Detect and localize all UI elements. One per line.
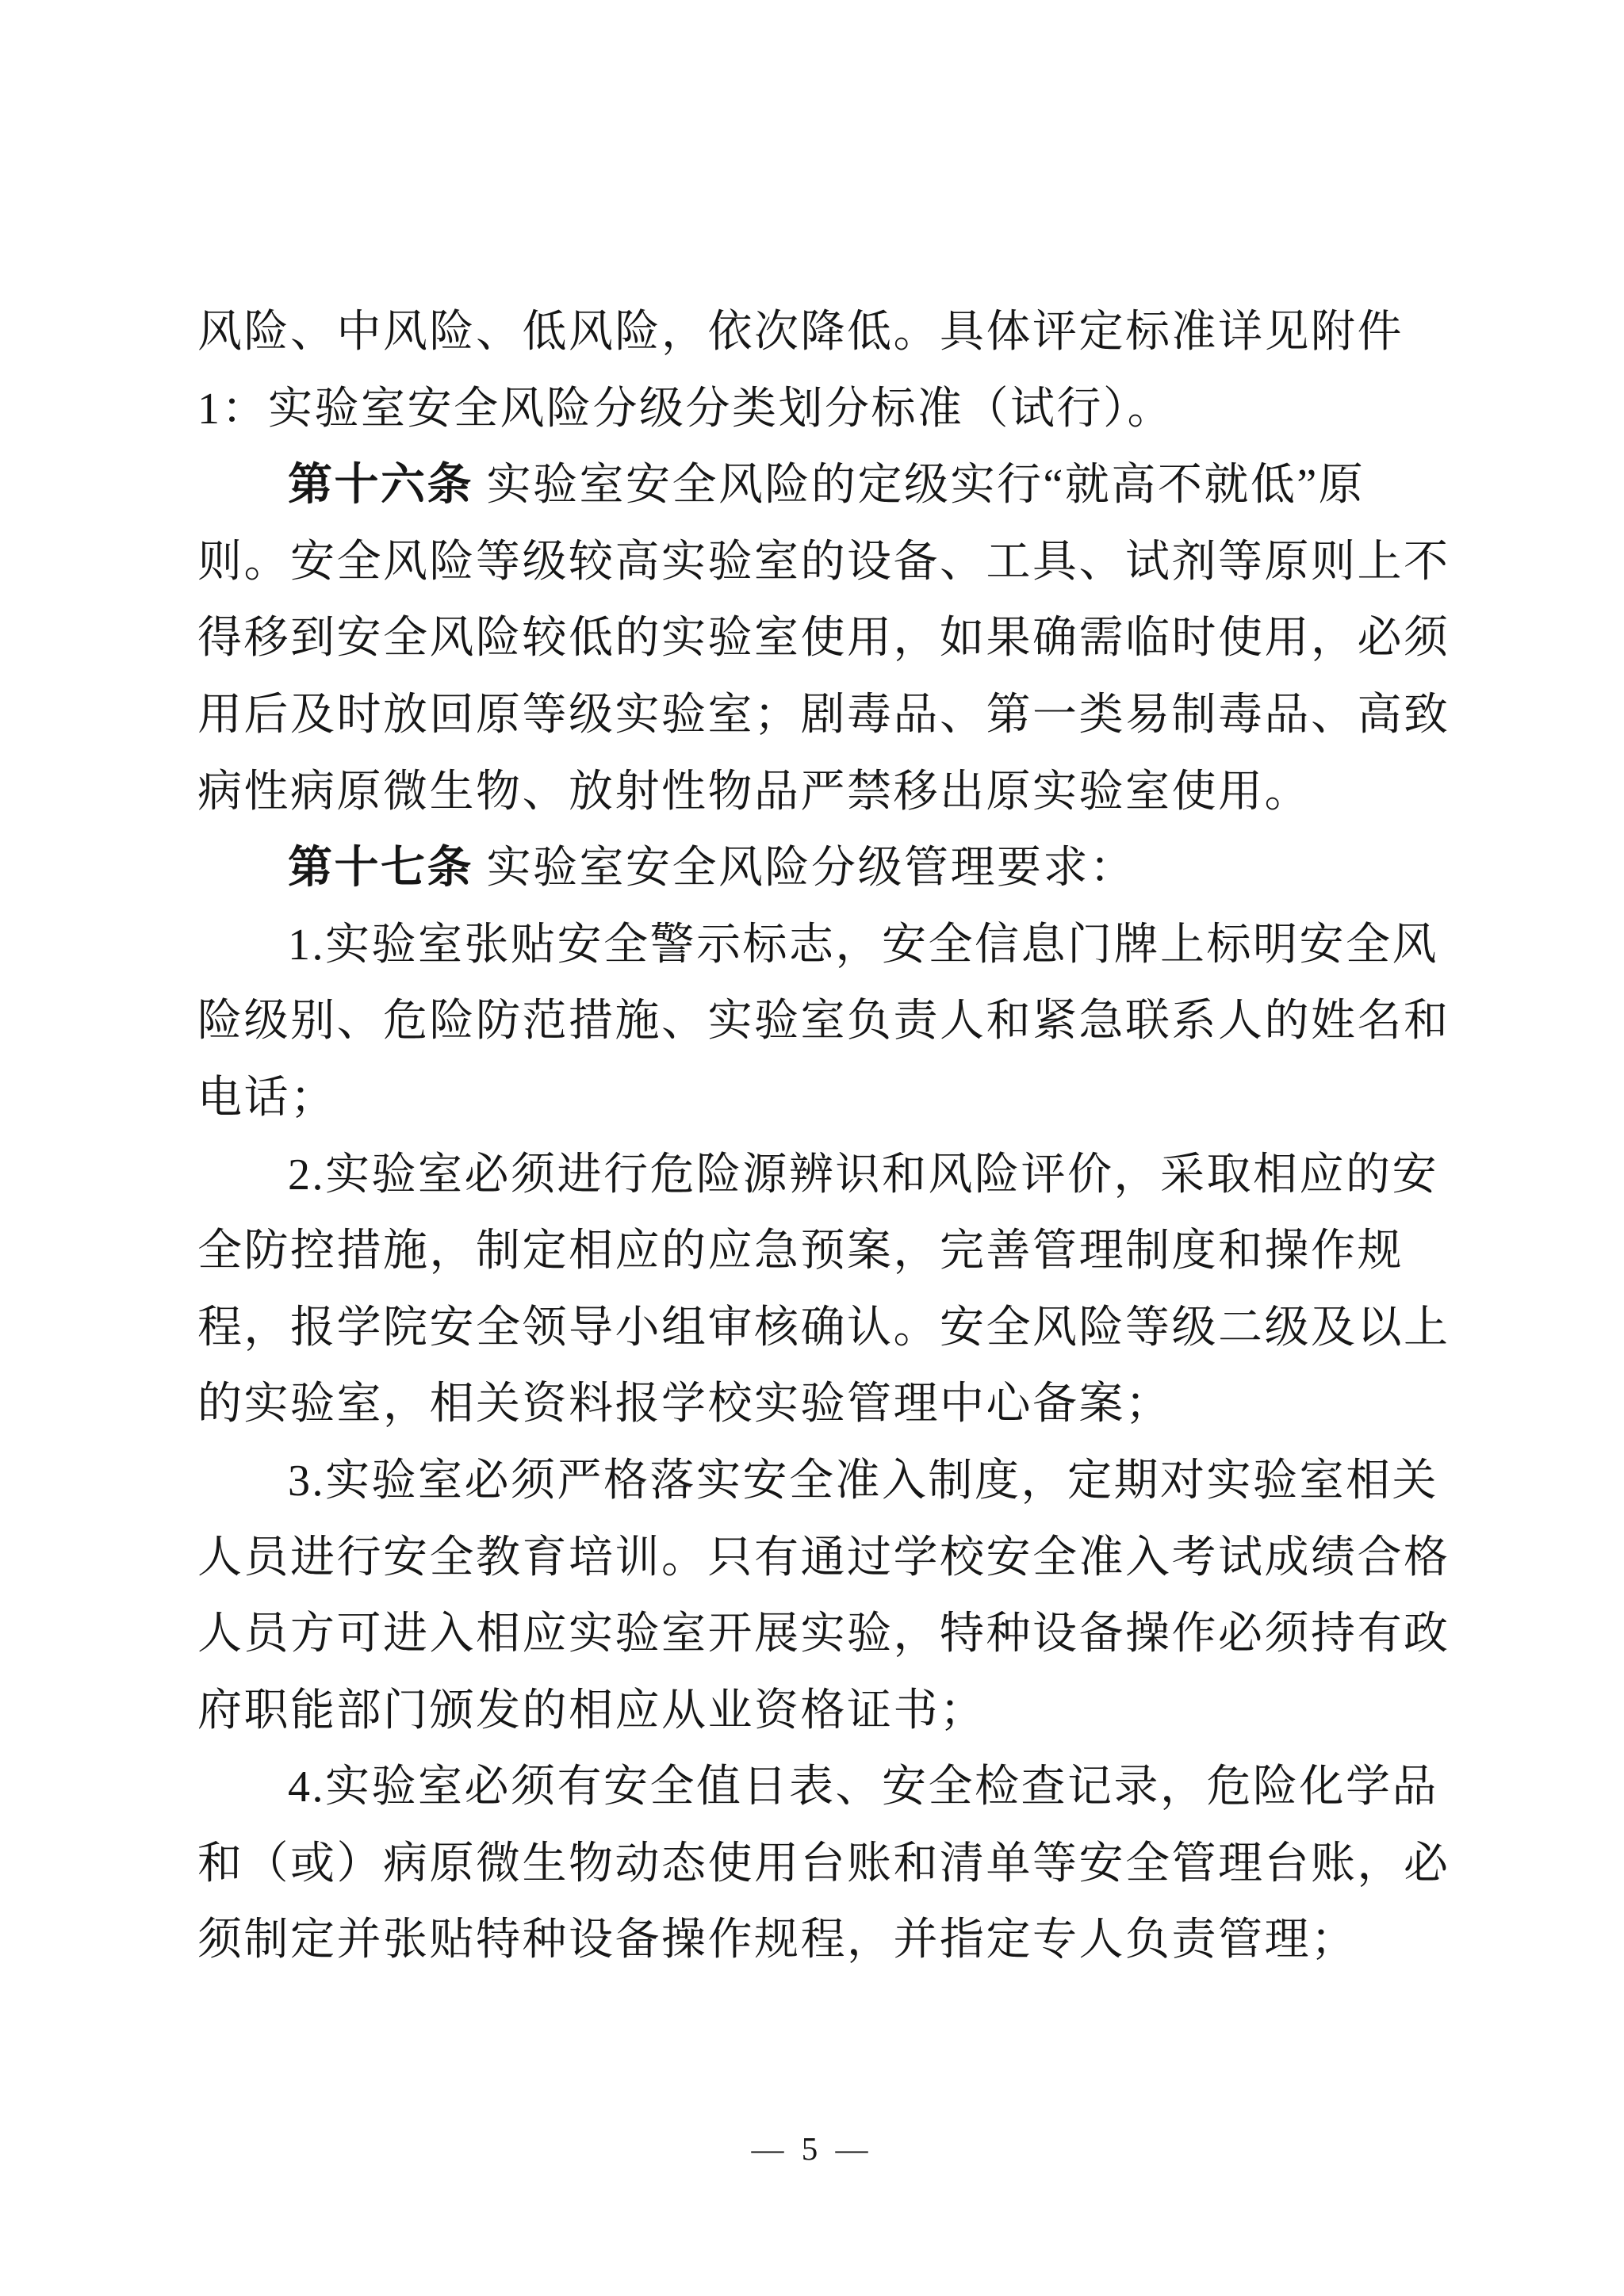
text-line: 第十六条 实验室安全风险的定级实行“就高不就低”原: [197, 447, 1403, 524]
text-run: 须制定并张贴特种设备操作规程，并指定专人负责管理；: [197, 1915, 1358, 1965]
page-number: — 5 —: [0, 2130, 1624, 2168]
text-run: 风险、中风险、低风险，依次降低。具体评定标准详见附件: [197, 308, 1404, 357]
text-run: 3.实验室必须严格落实安全准入制度，定期对实验室相关: [288, 1456, 1438, 1506]
article-number-bold: 第十六条: [288, 461, 473, 510]
text-line: 风险、中风险、低风险，依次降低。具体评定标准详见附件: [197, 294, 1403, 371]
text-run: 4.实验室必须有安全值日表、安全检查记录，危险化学品: [288, 1762, 1438, 1812]
text-line: 人员进行安全教育培训。只有通过学校安全准入考试成绩合格: [197, 1520, 1403, 1597]
text-run: 人员进行安全教育培训。只有通过学校安全准入考试成绩合格: [197, 1533, 1450, 1582]
text-run: 人员方可进入相应实验室开展实验，特种设备操作必须持有政: [197, 1609, 1450, 1659]
text-line: 则。安全风险等级较高实验室的设备、工具、试剂等原则上不: [197, 524, 1403, 601]
text-run: 的实验室，相关资料报学校实验管理中心备案；: [197, 1380, 1172, 1429]
text-line: 得移到安全风险较低的实验室使用，如果确需临时使用，必须: [197, 600, 1403, 677]
text-run: 病性病原微生物、放射性物品严禁移出原实验室使用。: [197, 767, 1311, 817]
text-run: 程，报学院安全领导小组审核确认。安全风险等级二级及以上: [197, 1303, 1450, 1353]
text-run: 得移到安全风险较低的实验室使用，如果确需临时使用，必须: [197, 614, 1450, 663]
text-line: 人员方可进入相应实验室开展实验，特种设备操作必须持有政: [197, 1596, 1403, 1673]
text-line: 1.实验室张贴安全警示标志，安全信息门牌上标明安全风: [197, 907, 1403, 984]
text-run: 电话；: [197, 1073, 337, 1123]
text-run: 和（或）病原微生物动态使用台账和清单等安全管理台账，必: [197, 1839, 1450, 1888]
text-run: 用后及时放回原等级实验室；剧毒品、第一类易制毒品、高致: [197, 691, 1450, 740]
text-run: 1：实验室安全风险分级分类划分标准（试行）。: [197, 385, 1174, 434]
text-run: 1.实验室张贴安全警示标志，安全信息门牌上标明安全风: [288, 920, 1438, 970]
text-line: 4.实验室必须有安全值日表、安全检查记录，危险化学品: [197, 1749, 1403, 1826]
text-line: 程，报学院安全领导小组审核确认。安全风险等级二级及以上: [197, 1290, 1403, 1367]
text-line: 1：实验室安全风险分级分类划分标准（试行）。: [197, 371, 1403, 448]
text-line: 险级别、危险防范措施、实验室负责人和紧急联系人的姓名和: [197, 983, 1403, 1060]
text-block: 风险、中风险、低风险，依次降低。具体评定标准详见附件 1：实验室安全风险分级分类…: [197, 294, 1403, 1979]
text-line: 全防控措施，制定相应的应急预案，完善管理制度和操作规: [197, 1213, 1403, 1290]
text-line: 3.实验室必须严格落实安全准入制度，定期对实验室相关: [197, 1443, 1403, 1520]
text-line: 须制定并张贴特种设备操作规程，并指定专人负责管理；: [197, 1902, 1403, 1979]
text-line: 府职能部门颁发的相应从业资格证书；: [197, 1673, 1403, 1750]
text-run: 险级别、危险防范措施、实验室负责人和紧急联系人的姓名和: [197, 997, 1450, 1046]
text-run: 则。安全风险等级较高实验室的设备、工具、试剂等原则上不: [197, 538, 1450, 587]
text-line: 病性病原微生物、放射性物品严禁移出原实验室使用。: [197, 754, 1403, 831]
text-line: 的实验室，相关资料报学校实验管理中心备案；: [197, 1366, 1403, 1443]
text-line: 第十七条 实验室安全风险分级管理要求：: [197, 830, 1403, 907]
text-run: 实验室安全风险的定级实行“就高不就低”原: [473, 461, 1365, 510]
text-run: 2.实验室必须进行危险源辨识和风险评价，采取相应的安: [288, 1150, 1438, 1200]
text-line: 2.实验室必须进行危险源辨识和风险评价，采取相应的安: [197, 1137, 1403, 1214]
text-line: 用后及时放回原等级实验室；剧毒品、第一类易制毒品、高致: [197, 677, 1403, 754]
text-line: 和（或）病原微生物动态使用台账和清单等安全管理台账，必: [197, 1826, 1403, 1903]
text-run: 府职能部门颁发的相应从业资格证书；: [197, 1686, 986, 1735]
document-page: 风险、中风险、低风险，依次降低。具体评定标准详见附件 1：实验室安全风险分级分类…: [0, 0, 1624, 2296]
article-number-bold: 第十七条: [288, 844, 473, 893]
text-line: 电话；: [197, 1060, 1403, 1137]
text-run: 全防控措施，制定相应的应急预案，完善管理制度和操作规: [197, 1226, 1404, 1276]
text-run: 实验室安全风险分级管理要求：: [473, 844, 1136, 893]
